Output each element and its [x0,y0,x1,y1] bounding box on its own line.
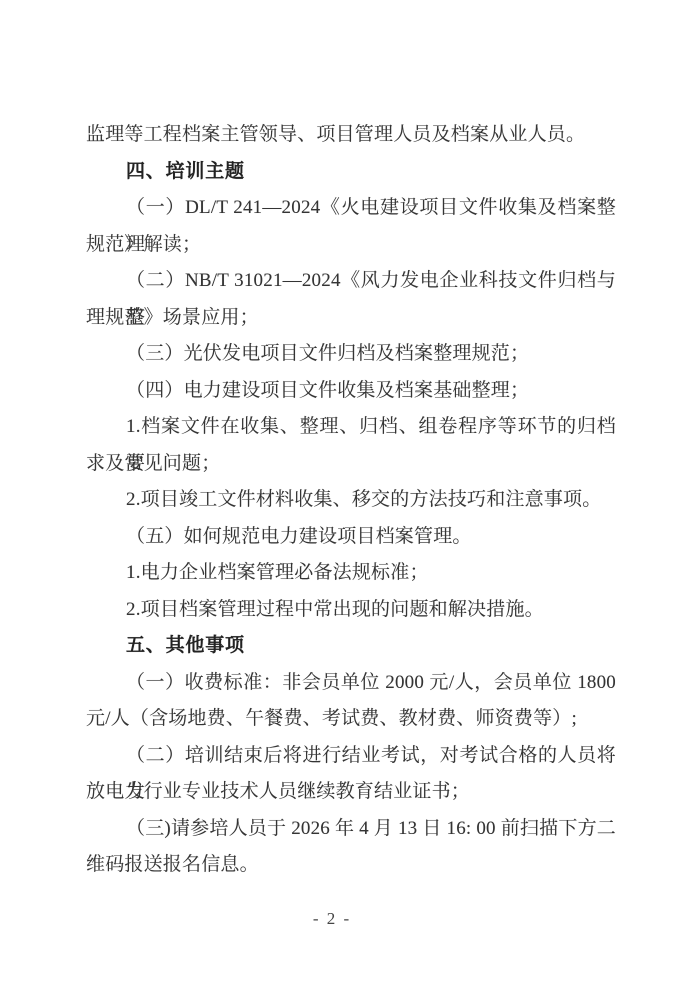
text-line: 维码报送报名信息。 [86,847,616,884]
document-body: 监理等工程档案主管领导、项目管理人员及档案从业人员。四、培训主题（一）DL/T … [86,117,616,884]
text-line: 四、培训主题 [86,154,616,191]
text-line: （五）如何规范电力建设项目档案管理。 [86,519,616,556]
text-line: 1.电力企业档案管理必备法规标准； [86,555,616,592]
text-line: 2.项目竣工文件材料收集、移交的方法技巧和注意事项。 [86,482,616,519]
page-footer: - 2 - [0,906,664,932]
text-line: 元/人（含场地费、午餐费、考试费、教材费、师资费等）; [86,701,616,738]
text-line: 求及常见问题； [86,446,616,483]
text-line: 规范》解读； [86,227,616,264]
text-line: （一）DL/T 241—2024《火电建设项目文件收集及档案整理 [86,190,616,227]
text-line: （四）电力建设项目文件收集及档案基础整理； [86,373,616,410]
scanned-document-page: 监理等工程档案主管领导、项目管理人员及档案从业人员。四、培训主题（一）DL/T … [0,0,700,998]
text-line: 1.档案文件在收集、整理、归档、组卷程序等环节的归档要 [86,409,616,446]
text-line: 放电力行业专业技术人员继续教育结业证书； [86,774,616,811]
text-line: （三）光伏发电项目文件归档及档案整理规范； [86,336,616,373]
text-line: 2.项目档案管理过程中常出现的问题和解决措施。 [86,592,616,629]
text-line: （二）NB/T 31021—2024《风力发电企业科技文件归档与整 [86,263,616,300]
page-number: - 2 - [313,909,351,928]
text-line: （一）收费标准：非会员单位 2000 元/人，会员单位 1800 [86,665,616,702]
text-line: 监理等工程档案主管领导、项目管理人员及档案从业人员。 [86,117,616,154]
text-line: 理规范》场景应用； [86,300,616,337]
text-line: 五、其他事项 [86,628,616,665]
text-line: （三)请参培人员于 2026 年 4 月 13 日 16: 00 前扫描下方二 [86,811,616,848]
text-line: （二）培训结束后将进行结业考试，对考试合格的人员将发 [86,738,616,775]
